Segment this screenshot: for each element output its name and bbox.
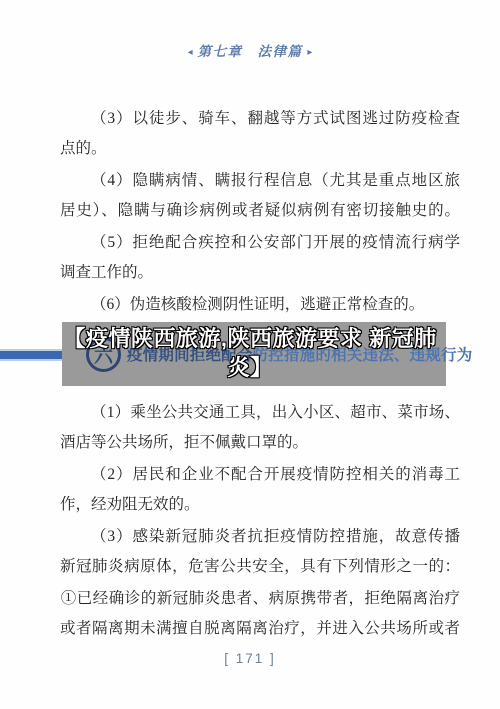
- watermark-line-2: 炎】: [0, 353, 500, 382]
- paragraph: （4）隐瞒病情、瞒报行程信息（尤其是重点地区旅居史）、隐瞒与确诊病例或者疑似病例…: [60, 166, 460, 225]
- text-line: （4）隐瞒病情、瞒报行程信息（尤其是重点地区旅: [60, 166, 460, 196]
- body-text-lower: （1）乘坐公共交通工具，出入小区、超市、菜市场、酒店等公共场所，拒不佩戴口罩的。…: [60, 398, 460, 646]
- text-line: （3）以徒步、骑车、翻越等方式试图逃过防疫检查: [60, 104, 460, 134]
- watermark-title: 【疫情陕西旅游,陕西旅游要求 新冠肺 炎】: [0, 324, 500, 382]
- text-line: 酒店等公共场所，拒不佩戴口罩的。: [60, 428, 460, 458]
- text-line: （6）伪造核酸检测阴性证明，逃避正常检查的。: [60, 290, 460, 320]
- text-line: 或者隔离期未满擅自脱离隔离治疗，并进入公共场所或者: [60, 614, 460, 644]
- paragraph: （5）拒绝配合疾控和公安部门开展的疫情流行病学调查工作的。: [60, 228, 460, 287]
- chapter-title: 第七章 法律篇: [198, 44, 303, 59]
- text-line: （2）居民和企业不配合开展疫情防控相关的消毒工: [60, 460, 460, 490]
- paragraph: （2）居民和企业不配合开展疫情防控相关的消毒工作，经劝阻无效的。: [60, 460, 460, 519]
- text-line: 作，经劝阻无效的。: [60, 490, 460, 520]
- text-line: 新冠肺炎病原体，危害公共安全，具有下列情形之一的：: [60, 552, 460, 582]
- book-page: ◂ 第七章 法律篇 ▸ （3）以徒步、骑车、翻越等方式试图逃过防疫检查点的。（4…: [0, 0, 500, 709]
- text-line: （5）拒绝配合疾控和公安部门开展的疫情流行病学: [60, 228, 460, 258]
- right-triangle-icon: ▸: [307, 47, 312, 58]
- page-number: [ 171 ]: [0, 651, 500, 666]
- text-line: ①已经确诊的新冠肺炎患者、病原携带者，拒绝隔离治疗: [60, 584, 460, 614]
- chapter-running-head: ◂ 第七章 法律篇 ▸: [0, 40, 500, 60]
- left-triangle-icon: ◂: [188, 47, 193, 58]
- section-heading-band: 六 疫情期间拒绝配合防控措施的相关违法、违规行为 【疫情陕西旅游,陕西旅游要求 …: [0, 322, 500, 388]
- paragraph: （3）感染新冠肺炎者抗拒疫情防控措施，故意传播新冠肺炎病原体，危害公共安全，具有…: [60, 522, 460, 581]
- paragraph: （3）以徒步、骑车、翻越等方式试图逃过防疫检查点的。: [60, 104, 460, 163]
- text-line: （3）感染新冠肺炎者抗拒疫情防控措施，故意传播: [60, 522, 460, 552]
- text-line: 点的。: [60, 134, 460, 164]
- paragraph: （6）伪造核酸检测阴性证明，逃避正常检查的。: [60, 290, 460, 320]
- paragraph: ①已经确诊的新冠肺炎患者、病原携带者，拒绝隔离治疗或者隔离期未满擅自脱离隔离治疗…: [60, 584, 460, 643]
- text-line: 调查工作的。: [60, 258, 460, 288]
- watermark-line-1: 【疫情陕西旅游,陕西旅游要求 新冠肺: [0, 324, 500, 353]
- body-text-upper: （3）以徒步、骑车、翻越等方式试图逃过防疫检查点的。（4）隐瞒病情、瞒报行程信息…: [60, 104, 460, 323]
- paragraph: （1）乘坐公共交通工具，出入小区、超市、菜市场、酒店等公共场所，拒不佩戴口罩的。: [60, 398, 460, 457]
- text-line: （1）乘坐公共交通工具，出入小区、超市、菜市场、: [60, 398, 460, 428]
- text-line: 居史）、隐瞒与确诊病例或者疑似病例有密切接触史的。: [60, 196, 460, 226]
